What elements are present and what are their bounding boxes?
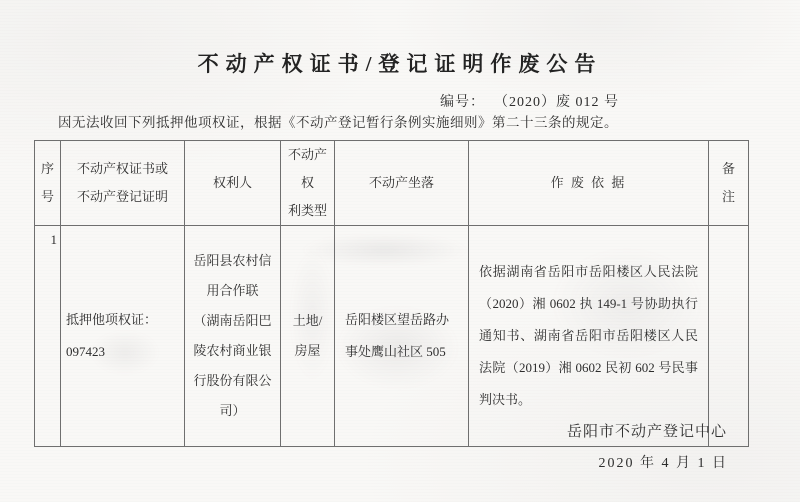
header-certificate: 不动产权证书或 不动产登记证明	[61, 141, 185, 226]
document-number-label: 编号：	[440, 95, 485, 110]
header-holder: 权利人	[185, 141, 281, 226]
document-number: 编号：（2020）废 012 号	[440, 91, 619, 111]
header-location: 不动产坐落	[335, 141, 469, 226]
cell-right-type: 土地/ 房屋	[281, 226, 335, 447]
page-title: 不动产权证书/登记证明作废公告	[0, 48, 800, 78]
cancellation-table: 序 号 不动产权证书或 不动产登记证明 权利人 不动产权 利类型 不动产坐落 作…	[34, 140, 749, 447]
header-note: 备 注	[709, 141, 749, 226]
cell-basis: 依据湖南省岳阳市岳阳楼区人民法院（2020）湘 0602 执 149-1 号协助…	[469, 226, 709, 447]
table-header-row: 序 号 不动产权证书或 不动产登记证明 权利人 不动产权 利类型 不动产坐落 作…	[35, 141, 749, 226]
issuer-signature: 岳阳市不动产登记中心	[567, 420, 727, 441]
scanned-notice-page: 不动产权证书/登记证明作废公告 编号：（2020）废 012 号 因无法收回下列…	[0, 0, 800, 502]
header-basis: 作 废 依 据	[469, 141, 709, 226]
header-seq: 序 号	[35, 141, 61, 226]
header-right-type: 不动产权 利类型	[281, 141, 335, 226]
cell-seq: 1	[35, 226, 61, 447]
table-row: 1 抵押他项权证： 097423 岳阳县农村信 用合作联 （湖南岳阳巴 陵农村商…	[35, 226, 749, 447]
cell-location: 岳阳楼区望岳路办 事处鹰山社区 505	[335, 226, 469, 447]
cell-note	[709, 226, 749, 447]
issue-date: 2020 年 4 月 1 日	[599, 452, 729, 472]
document-number-value: （2020）废 012 号	[501, 95, 619, 110]
cell-certificate: 抵押他项权证： 097423	[61, 226, 185, 447]
intro-paragraph: 因无法收回下列抵押他项权证，根据《不动产登记暂行条例实施细则》第二十三条的规定。	[34, 113, 724, 133]
cell-holder: 岳阳县农村信 用合作联 （湖南岳阳巴 陵农村商业银 行股份有限公 司）	[185, 226, 281, 447]
